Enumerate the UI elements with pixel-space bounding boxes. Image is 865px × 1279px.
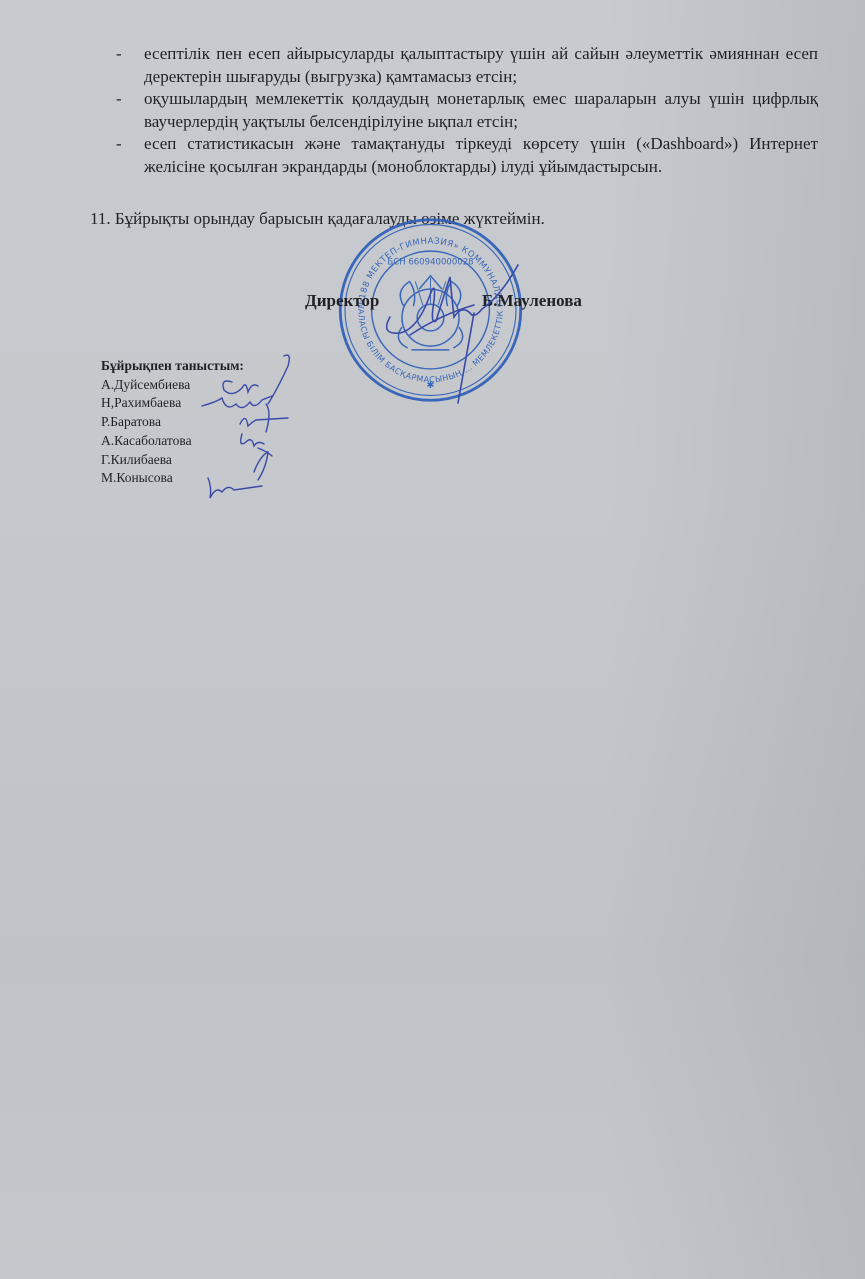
director-signature-icon: [370, 255, 550, 405]
bullet-item: - есеп статистикасын және тамақтануды ті…: [112, 133, 818, 178]
employee-signatures-icon: [192, 352, 302, 502]
bullet-item: - оқушылардың мемлекеттік қолдаудың моне…: [112, 88, 818, 133]
director-title: Директор: [305, 291, 379, 311]
bullet-item: - есептілік пен есеп айырысуларды қалыпт…: [112, 43, 818, 88]
bullet-text: есеп статистикасын және тамақтануды тірк…: [144, 133, 818, 178]
bullet-text: есептілік пен есеп айырысуларды қалыптас…: [144, 43, 818, 88]
document-page: - есептілік пен есеп айырысуларды қалыпт…: [0, 0, 865, 1279]
bullet-text: оқушылардың мемлекеттік қолдаудың монета…: [144, 88, 818, 133]
instruction-bullet-list: - есептілік пен есеп айырысуларды қалыпт…: [112, 43, 818, 178]
bullet-dash-marker: -: [116, 133, 128, 156]
bullet-dash-marker: -: [116, 88, 128, 111]
bullet-dash-marker: -: [116, 43, 128, 66]
